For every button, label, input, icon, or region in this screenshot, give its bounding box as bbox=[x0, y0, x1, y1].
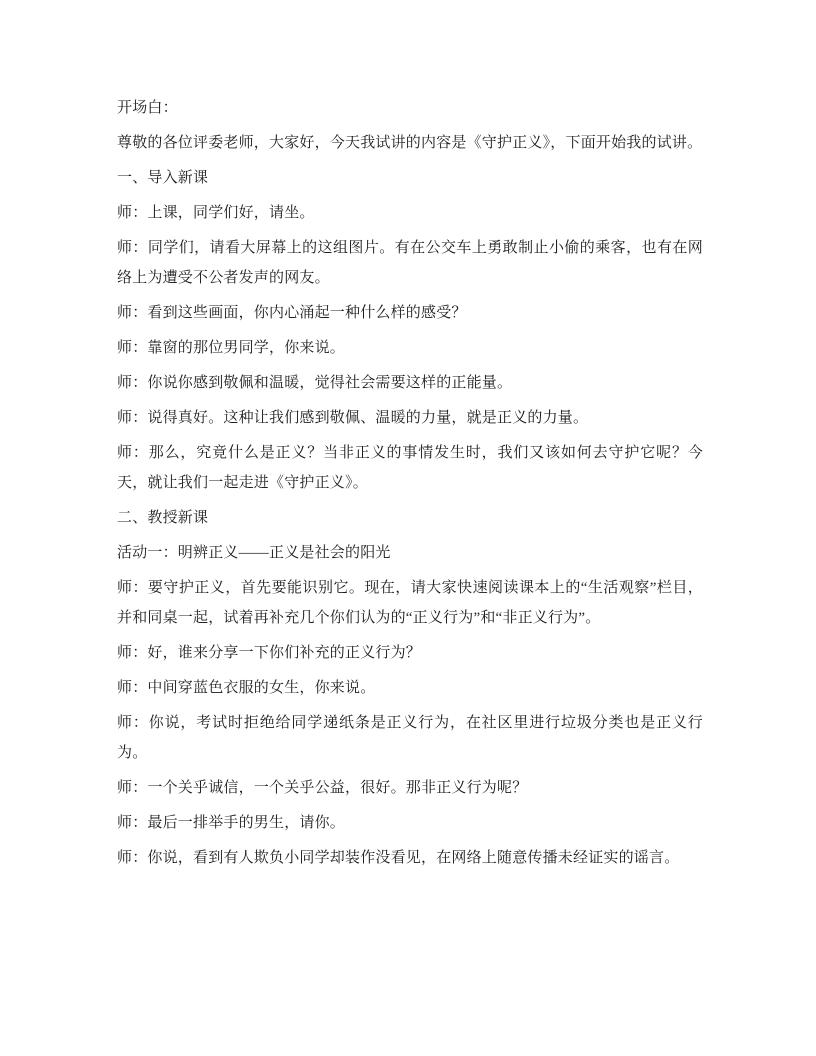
teacher-dialogue-line: 师：那么，究竟什么是正义？当非正义的事情发生时，我们又该如何去守护它呢？今天，就… bbox=[117, 438, 703, 498]
document-page: 开场白： 尊敬的各位评委老师，大家好，今天我试讲的内容是《守护正义》，下面开始我… bbox=[0, 0, 816, 1056]
teacher-dialogue-line: 师：靠窗的那位男同学，你来说。 bbox=[117, 333, 703, 363]
teacher-dialogue-line: 师：你说，考试时拒绝给同学递纸条是正义行为，在社区里进行垃圾分类也是正义行为。 bbox=[117, 708, 703, 768]
teacher-dialogue-line: 师：好，谁来分享一下你们补充的正义行为？ bbox=[117, 638, 703, 668]
opening-paragraph: 尊敬的各位评委老师，大家好，今天我试讲的内容是《守护正义》，下面开始我的试讲。 bbox=[117, 128, 703, 158]
teacher-dialogue-line: 师：一个关乎诚信，一个关乎公益，很好。那非正义行为呢？ bbox=[117, 773, 703, 803]
teacher-dialogue-line: 师：同学们，请看大屏幕上的这组图片。有在公交车上勇敢制止小偷的乘客，也有在网络上… bbox=[117, 233, 703, 293]
teacher-dialogue-line: 师：最后一排举手的男生，请你。 bbox=[117, 808, 703, 838]
teacher-dialogue-line: 师：上课，同学们好，请坐。 bbox=[117, 198, 703, 228]
teacher-dialogue-line: 师：你说你感到敬佩和温暖，觉得社会需要这样的正能量。 bbox=[117, 368, 703, 398]
teacher-dialogue-line: 师：中间穿蓝色衣服的女生，你来说。 bbox=[117, 673, 703, 703]
section-heading-lead-in: 一、导入新课 bbox=[117, 163, 703, 193]
teacher-dialogue-line: 师：你说，看到有人欺负小同学却装作没看见，在网络上随意传播未经证实的谣言。 bbox=[117, 843, 703, 873]
teacher-dialogue-line: 师：要守护正义，首先要能识别它。现在，请大家快速阅读课本上的“生活观察”栏目，并… bbox=[117, 573, 703, 633]
section-heading-new-lesson: 二、教授新课 bbox=[117, 503, 703, 533]
teacher-dialogue-line: 师：看到这些画面，你内心涌起一种什么样的感受？ bbox=[117, 298, 703, 328]
activity-heading: 活动一：明辨正义——正义是社会的阳光 bbox=[117, 538, 703, 568]
opening-heading: 开场白： bbox=[117, 93, 703, 123]
teacher-dialogue-line: 师：说得真好。这种让我们感到敬佩、温暖的力量，就是正义的力量。 bbox=[117, 403, 703, 433]
